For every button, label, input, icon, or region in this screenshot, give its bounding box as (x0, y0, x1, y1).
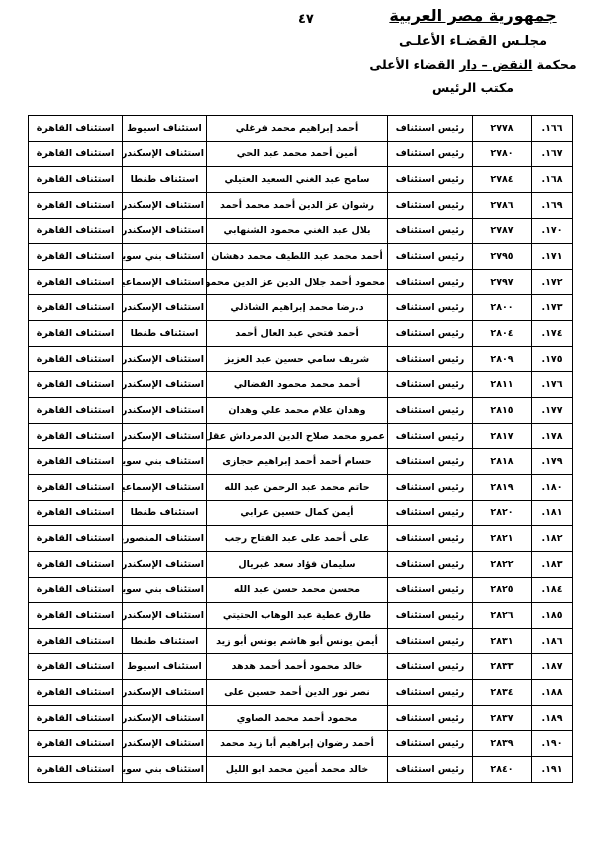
record-number-cell: ٢٨٤٠ (473, 757, 532, 783)
table-row: ١٨٩. ٢٨٣٧ رئيس استئناف محمود أحمد محمد ا… (29, 705, 573, 731)
destination-court-cell: استئناف القاهرة (29, 244, 123, 270)
table-row: ١٧٩. ٢٨١٨ رئيس استئناف حسام أحمد أحمد إب… (29, 449, 573, 475)
record-number-cell: ٢٨١٨ (473, 449, 532, 475)
judge-name-cell: أمين أحمد محمد عبد الحي (207, 141, 388, 167)
origin-court-cell: استئناف بني سويف (123, 244, 207, 270)
destination-court-cell: استئناف القاهرة (29, 295, 123, 321)
serial-cell: ١٧١. (532, 244, 573, 270)
serial-cell: ١٨٨. (532, 680, 573, 706)
table-row: ١٦٨. ٢٧٨٤ رئيس استئناف سامح عبد الغني ال… (29, 167, 573, 193)
serial-cell: ١٦٦. (532, 116, 573, 142)
destination-court-cell: استئناف القاهرة (29, 603, 123, 629)
judge-name-cell: شريف سامي حسين عبد العزيز (207, 346, 388, 372)
record-number-cell: ٢٧٩٧ (473, 269, 532, 295)
job-title-cell: رئيس استئناف (388, 705, 473, 731)
origin-court-cell: استئناف المنصورة (123, 526, 207, 552)
destination-court-cell: استئناف القاهرة (29, 705, 123, 731)
destination-court-cell: استئناف القاهرة (29, 500, 123, 526)
table-row: ١٨٨. ٢٨٣٤ رئيس استئناف نصر نور الدين أحم… (29, 680, 573, 706)
job-title-cell: رئيس استئناف (388, 372, 473, 398)
origin-court-cell: استئناف بني سويف (123, 577, 207, 603)
destination-court-cell: استئناف القاهرة (29, 423, 123, 449)
origin-court-cell: استئناف بني سويف (123, 757, 207, 783)
record-number-cell: ٢٨٣٩ (473, 731, 532, 757)
table-row: ١٧٣. ٢٨٠٠ رئيس استئناف د.رضا محمد إبراهي… (29, 295, 573, 321)
origin-court-cell: استئناف الإسكندرية (123, 295, 207, 321)
origin-court-cell: استئناف الإسكندرية (123, 398, 207, 424)
record-number-cell: ٢٨٣٣ (473, 654, 532, 680)
judge-name-cell: حسام أحمد أحمد إبراهيم حجازى (207, 449, 388, 475)
origin-court-cell: استئناف الإسكندرية (123, 680, 207, 706)
judge-name-cell: أحمد محمد محمود الفضالي (207, 372, 388, 398)
judge-name-cell: بلال عبد الغني محمود الشنهابي (207, 218, 388, 244)
origin-court-cell: استئناف الإسكندرية (123, 603, 207, 629)
table-row: ١٦٦. ٢٧٧٨ رئيس استئناف أحمد إبراهيم محمد… (29, 116, 573, 142)
origin-court-cell: استئناف الإسكندرية (123, 346, 207, 372)
table-row: ١٧١. ٢٧٩٥ رئيس استئناف أحمد محمد عبد الل… (29, 244, 573, 270)
judge-name-cell: محمود أحمد جلال الدين عز الدين محمود (207, 269, 388, 295)
origin-court-cell: استئناف بني سويف (123, 449, 207, 475)
job-title-cell: رئيس استئناف (388, 680, 473, 706)
serial-cell: ١٨٧. (532, 654, 573, 680)
job-title-cell: رئيس استئناف (388, 269, 473, 295)
job-title-cell: رئيس استئناف (388, 321, 473, 347)
table-row: ١٨٣. ٢٨٢٢ رئيس استئناف سليمان فؤاد سعد غ… (29, 551, 573, 577)
origin-court-cell: استئناف الإسماعيلية (123, 474, 207, 500)
judge-name-cell: أحمد إبراهيم محمد فرغلي (207, 116, 388, 142)
job-title-cell: رئيس استئناف (388, 731, 473, 757)
record-number-cell: ٢٨١٧ (473, 423, 532, 449)
destination-court-cell: استئناف القاهرة (29, 680, 123, 706)
table-row: ١٦٧. ٢٧٨٠ رئيس استئناف أمين أحمد محمد عب… (29, 141, 573, 167)
serial-cell: ١٧٦. (532, 372, 573, 398)
record-number-cell: ٢٨٠٠ (473, 295, 532, 321)
destination-court-cell: استئناف القاهرة (29, 398, 123, 424)
origin-court-cell: استئناف طنطا (123, 628, 207, 654)
origin-court-cell: استئناف طنطا (123, 321, 207, 347)
table-row: ١٧٧. ٢٨١٥ رئيس استئناف وهدان علام محمد ع… (29, 398, 573, 424)
judge-name-cell: محمود أحمد محمد الصاوي (207, 705, 388, 731)
court-title-suffix: القضاء الأعلى (369, 57, 459, 72)
judge-name-cell: طارق عطية عبد الوهاب الحتيتي (207, 603, 388, 629)
job-title-cell: رئيس استئناف (388, 192, 473, 218)
destination-court-cell: استئناف القاهرة (29, 167, 123, 193)
job-title-cell: رئيس استئناف (388, 398, 473, 424)
job-title-cell: رئيس استئناف (388, 167, 473, 193)
judge-name-cell: عمرو محمد صلاح الدين الدمرداش عقل (207, 423, 388, 449)
judge-name-cell: سليمان فؤاد سعد غبريال (207, 551, 388, 577)
destination-court-cell: استئناف القاهرة (29, 577, 123, 603)
destination-court-cell: استئناف القاهرة (29, 551, 123, 577)
destination-court-cell: استئناف القاهرة (29, 192, 123, 218)
record-number-cell: ٢٨٢٢ (473, 551, 532, 577)
court-title-underlined: النقض – دار (459, 57, 532, 72)
serial-cell: ١٨٢. (532, 526, 573, 552)
table-row: ١٨٤. ٢٨٢٥ رئيس استئناف محسن محمد حسن عبد… (29, 577, 573, 603)
court-title: محكمة النقض – دار القضاء الأعلى (363, 57, 583, 72)
table-row: ١٨١. ٢٨٢٠ رئيس استئناف أيمن كمال حسين عر… (29, 500, 573, 526)
job-title-cell: رئيس استئناف (388, 449, 473, 475)
serial-cell: ١٧٧. (532, 398, 573, 424)
serial-cell: ١٨٣. (532, 551, 573, 577)
serial-cell: ١٧٩. (532, 449, 573, 475)
destination-court-cell: استئناف القاهرة (29, 269, 123, 295)
job-title-cell: رئيس استئناف (388, 423, 473, 449)
origin-court-cell: استئناف الإسكندرية (123, 372, 207, 398)
job-title-cell: رئيس استئناف (388, 603, 473, 629)
judge-name-cell: محسن محمد حسن عبد الله (207, 577, 388, 603)
table-row: ١٨٧. ٢٨٣٣ رئيس استئناف خالد محمود أحمد أ… (29, 654, 573, 680)
table-row: ١٨٥. ٢٨٢٦ رئيس استئناف طارق عطية عبد الو… (29, 603, 573, 629)
council-title: مجلـس القضـاء الأعلـى (363, 34, 583, 49)
job-title-cell: رئيس استئناف (388, 474, 473, 500)
destination-court-cell: استئناف القاهرة (29, 449, 123, 475)
table-row: ١٦٩. ٢٧٨٦ رئيس استئناف رشوان عز الدين أح… (29, 192, 573, 218)
origin-court-cell: استئناف طنطا (123, 167, 207, 193)
record-number-cell: ٢٨٠٤ (473, 321, 532, 347)
record-number-cell: ٢٧٨٦ (473, 192, 532, 218)
table-row: ١٧٨. ٢٨١٧ رئيس استئناف عمرو محمد صلاح ال… (29, 423, 573, 449)
destination-court-cell: استئناف القاهرة (29, 218, 123, 244)
destination-court-cell: استئناف القاهرة (29, 628, 123, 654)
job-title-cell: رئيس استئناف (388, 218, 473, 244)
job-title-cell: رئيس استئناف (388, 116, 473, 142)
judge-name-cell: وهدان علام محمد علي وهدان (207, 398, 388, 424)
serial-cell: ١٨٩. (532, 705, 573, 731)
judge-name-cell: حاتم محمد عبد الرحمن عبد الله (207, 474, 388, 500)
record-number-cell: ٢٨٣٤ (473, 680, 532, 706)
job-title-cell: رئيس استئناف (388, 244, 473, 270)
record-number-cell: ٢٨٢٥ (473, 577, 532, 603)
destination-court-cell: استئناف القاهرة (29, 116, 123, 142)
table-row: ١٧٠. ٢٧٨٧ رئيس استئناف بلال عبد الغني مح… (29, 218, 573, 244)
judge-name-cell: أيمن كمال حسين عرابي (207, 500, 388, 526)
destination-court-cell: استئناف القاهرة (29, 321, 123, 347)
table-row: ١٩٠. ٢٨٣٩ رئيس استئناف أحمد رضوان إبراهي… (29, 731, 573, 757)
destination-court-cell: استئناف القاهرة (29, 372, 123, 398)
job-title-cell: رئيس استئناف (388, 526, 473, 552)
serial-cell: ١٨١. (532, 500, 573, 526)
job-title-cell: رئيس استئناف (388, 757, 473, 783)
judge-name-cell: على أحمد على عبد الفتاح رجب (207, 526, 388, 552)
serial-cell: ١٩٠. (532, 731, 573, 757)
judge-name-cell: نصر نور الدين أحمد حسين على (207, 680, 388, 706)
serial-cell: ١٩١. (532, 757, 573, 783)
serial-cell: ١٧٥. (532, 346, 573, 372)
origin-court-cell: استئناف الإسكندرية (123, 423, 207, 449)
origin-court-cell: استئناف الإسكندرية (123, 551, 207, 577)
court-title-prefix: محكمة (532, 57, 576, 72)
serial-cell: ١٨٤. (532, 577, 573, 603)
record-number-cell: ٢٨٢٦ (473, 603, 532, 629)
serial-cell: ١٦٩. (532, 192, 573, 218)
job-title-cell: رئيس استئناف (388, 141, 473, 167)
table-row: ١٧٦. ٢٨١١ رئيس استئناف أحمد محمد محمود ا… (29, 372, 573, 398)
record-number-cell: ٢٨٢٠ (473, 500, 532, 526)
serial-cell: ١٦٨. (532, 167, 573, 193)
office-title: مكتب الرئيس (363, 80, 583, 95)
serial-cell: ١٧٤. (532, 321, 573, 347)
page-number: ٤٧ (298, 12, 314, 27)
record-number-cell: ٢٨٣٧ (473, 705, 532, 731)
record-number-cell: ٢٨١١ (473, 372, 532, 398)
serial-cell: ١٧٣. (532, 295, 573, 321)
destination-court-cell: استئناف القاهرة (29, 346, 123, 372)
record-number-cell: ٢٨١٩ (473, 474, 532, 500)
document-header: جمهورية مصر العربية مجلـس القضـاء الأعلـ… (363, 6, 583, 95)
origin-court-cell: استئناف الإسكندرية (123, 218, 207, 244)
origin-court-cell: استئناف الإسكندرية (123, 731, 207, 757)
origin-court-cell: استئناف الإسماعيلية (123, 269, 207, 295)
origin-court-cell: استئناف اسيوط (123, 116, 207, 142)
judge-name-cell: أحمد محمد عبد اللطيف محمد دهشان (207, 244, 388, 270)
record-number-cell: ٢٧٩٥ (473, 244, 532, 270)
table-row: ١٧٥. ٢٨٠٩ رئيس استئناف شريف سامي حسين عب… (29, 346, 573, 372)
judge-name-cell: أحمد رضوان إبراهيم أبا زيد محمد (207, 731, 388, 757)
origin-court-cell: استئناف الإسكندرية (123, 705, 207, 731)
table-row: ١٧٤. ٢٨٠٤ رئيس استئناف أحمد فتحي عبد الع… (29, 321, 573, 347)
job-title-cell: رئيس استئناف (388, 346, 473, 372)
judge-name-cell: خالد محمد أمين محمد ابو الليل (207, 757, 388, 783)
destination-court-cell: استئناف القاهرة (29, 474, 123, 500)
judge-name-cell: أيمن يونس أبو هاشم يونس أبو زيد (207, 628, 388, 654)
origin-court-cell: استئناف الإسكندرية (123, 141, 207, 167)
serial-cell: ١٧٢. (532, 269, 573, 295)
serial-cell: ١٧٨. (532, 423, 573, 449)
job-title-cell: رئيس استئناف (388, 628, 473, 654)
record-number-cell: ٢٨٠٩ (473, 346, 532, 372)
table-row: ١٨٠. ٢٨١٩ رئيس استئناف حاتم محمد عبد الر… (29, 474, 573, 500)
destination-court-cell: استئناف القاهرة (29, 141, 123, 167)
origin-court-cell: استئناف طنطا (123, 500, 207, 526)
destination-court-cell: استئناف القاهرة (29, 654, 123, 680)
job-title-cell: رئيس استئناف (388, 577, 473, 603)
job-title-cell: رئيس استئناف (388, 295, 473, 321)
serial-cell: ١٦٧. (532, 141, 573, 167)
serial-cell: ١٧٠. (532, 218, 573, 244)
serial-cell: ١٨٠. (532, 474, 573, 500)
serial-cell: ١٨٦. (532, 628, 573, 654)
record-number-cell: ٢٨٢١ (473, 526, 532, 552)
job-title-cell: رئيس استئناف (388, 551, 473, 577)
table-row: ١٧٢. ٢٧٩٧ رئيس استئناف محمود أحمد جلال ا… (29, 269, 573, 295)
table-row: ١٩١. ٢٨٤٠ رئيس استئناف خالد محمد أمين مح… (29, 757, 573, 783)
record-number-cell: ٢٧٨٠ (473, 141, 532, 167)
judge-name-cell: سامح عبد الغني السعيد العتيلي (207, 167, 388, 193)
republic-title: جمهورية مصر العربية (363, 6, 583, 25)
table-row: ١٨٦. ٢٨٣١ رئيس استئناف أيمن يونس أبو هاش… (29, 628, 573, 654)
destination-court-cell: استئناف القاهرة (29, 731, 123, 757)
table-row: ١٨٢. ٢٨٢١ رئيس استئناف على أحمد على عبد … (29, 526, 573, 552)
record-number-cell: ٢٨١٥ (473, 398, 532, 424)
serial-cell: ١٨٥. (532, 603, 573, 629)
job-title-cell: رئيس استئناف (388, 654, 473, 680)
origin-court-cell: استئناف الإسكندرية (123, 192, 207, 218)
record-number-cell: ٢٨٣١ (473, 628, 532, 654)
judge-name-cell: رشوان عز الدين أحمد محمد أحمد (207, 192, 388, 218)
document-page: { "header": { "republic": "جمهورية مصر ا… (0, 0, 595, 842)
judge-name-cell: أحمد فتحي عبد العال أحمد (207, 321, 388, 347)
roster-table-body: ١٦٦. ٢٧٧٨ رئيس استئناف أحمد إبراهيم محمد… (29, 116, 573, 783)
record-number-cell: ٢٧٨٧ (473, 218, 532, 244)
judge-name-cell: خالد محمود أحمد أحمد هدهد (207, 654, 388, 680)
record-number-cell: ٢٧٨٤ (473, 167, 532, 193)
record-number-cell: ٢٧٧٨ (473, 116, 532, 142)
destination-court-cell: استئناف القاهرة (29, 757, 123, 783)
judges-roster-table: ١٦٦. ٢٧٧٨ رئيس استئناف أحمد إبراهيم محمد… (28, 115, 573, 783)
destination-court-cell: استئناف القاهرة (29, 526, 123, 552)
origin-court-cell: استئناف اسيوط (123, 654, 207, 680)
judge-name-cell: د.رضا محمد إبراهيم الشاذلي (207, 295, 388, 321)
job-title-cell: رئيس استئناف (388, 500, 473, 526)
